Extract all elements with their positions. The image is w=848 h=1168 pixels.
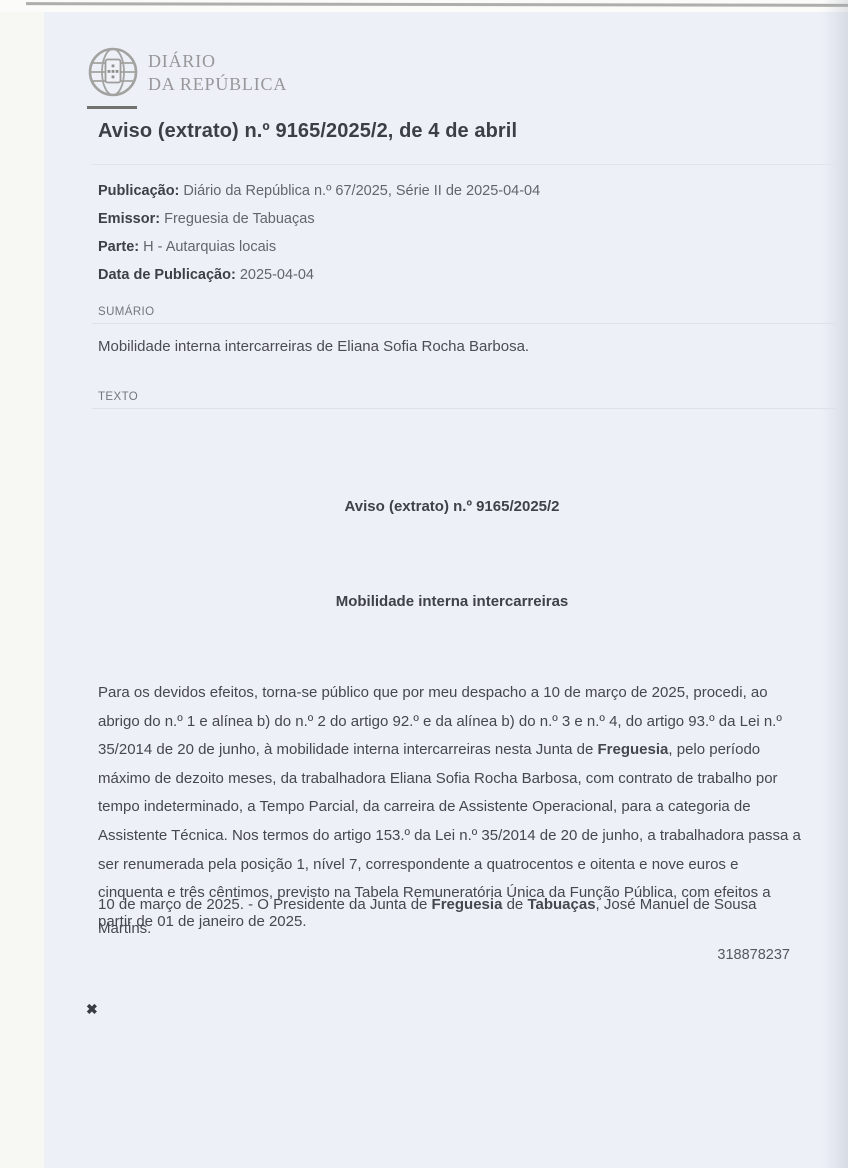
metadata-value: Freguesia de Tabuaças: [160, 211, 315, 227]
title-divider: [92, 164, 836, 165]
document-title: Aviso (extrato) n.º 9165/2025/2, de 4 de…: [98, 120, 517, 143]
scan-left-edge: [0, 0, 44, 1168]
metadata-label: Data de Publicação:: [98, 267, 236, 283]
metadata-row-publicacao: Publicação: Diário da República n.º 67/2…: [98, 183, 540, 199]
doc-signature-line: 10 de março de 2025. - O Presidente da J…: [98, 893, 806, 941]
doc-heading-number: Aviso (extrato) n.º 9165/2025/2: [98, 498, 806, 515]
doc-heading-subject: Mobilidade interna intercarreiras: [98, 593, 806, 610]
metadata-value: Diário da República n.º 67/2025, Série I…: [179, 183, 540, 199]
armillary-sphere-icon: [87, 46, 139, 109]
x-mark-icon: ✖: [86, 1001, 98, 1018]
logo-underline: [87, 106, 137, 109]
metadata-label: Publicação:: [98, 183, 179, 199]
metadata-row-parte: Parte: H - Autarquias locais: [98, 239, 276, 255]
brand-line-1: DIÁRIO: [148, 50, 287, 73]
doc-reference-number: 318878237: [98, 947, 790, 963]
brand-line-2: DA REPÚBLICA: [148, 73, 287, 96]
metadata-row-emissor: Emissor: Freguesia de Tabuaças: [98, 211, 315, 227]
scanned-document-page: DIÁRIO DA REPÚBLICA Aviso (extrato) n.º …: [0, 0, 848, 1168]
metadata-label: Parte:: [98, 239, 139, 255]
diario-da-republica-logo: DIÁRIO DA REPÚBLICA: [87, 46, 287, 109]
texto-section-label: TEXTO: [98, 391, 138, 403]
metadata-row-data-publicacao: Data de Publicação: 2025-04-04: [98, 267, 314, 283]
texto-divider: [92, 408, 836, 409]
brand-wordmark: DIÁRIO DA REPÚBLICA: [148, 50, 287, 96]
scan-right-shadow: [822, 0, 848, 1168]
summary-text: Mobilidade interna intercarreiras de Eli…: [98, 338, 529, 355]
summary-divider: [92, 323, 836, 324]
metadata-label: Emissor:: [98, 211, 160, 227]
metadata-value: 2025-04-04: [236, 267, 314, 283]
summary-section-label: SUMÁRIO: [98, 306, 154, 318]
metadata-value: H - Autarquias locais: [139, 239, 276, 255]
